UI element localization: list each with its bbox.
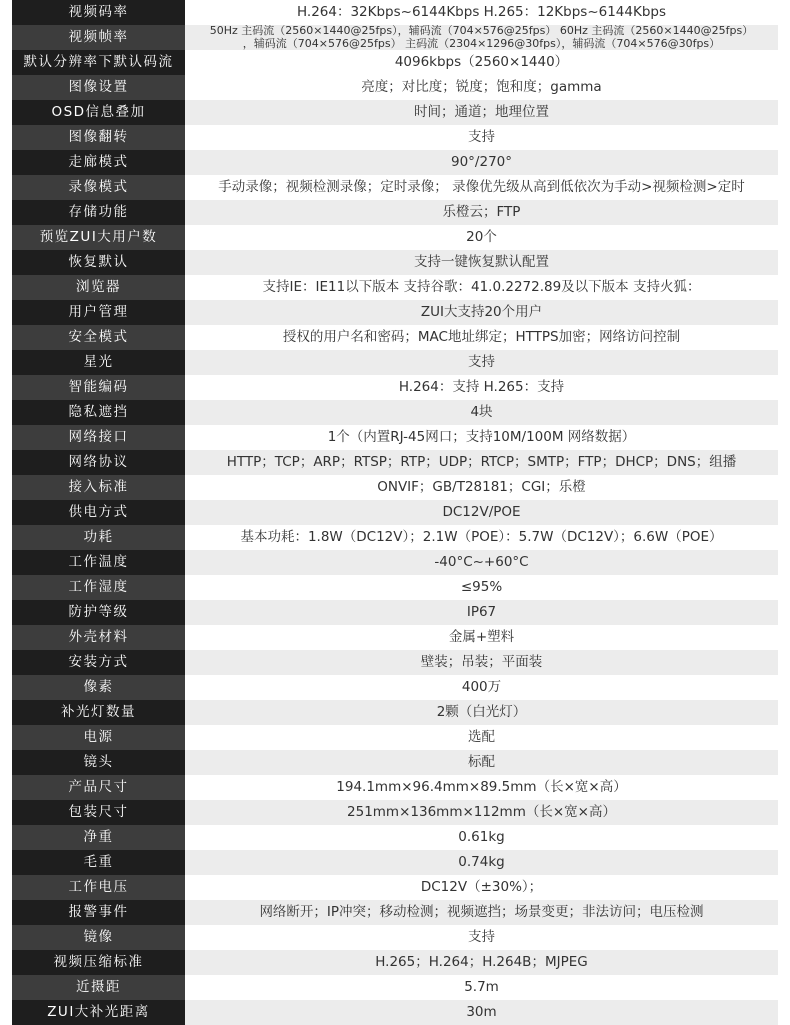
spec-label: 视频帧率: [12, 25, 185, 50]
spec-label: 走廊模式: [12, 150, 185, 175]
spec-value: 选配: [185, 725, 778, 750]
spec-label: 网络协议: [12, 450, 185, 475]
spec-label: 视频压缩标准: [12, 950, 185, 975]
spec-label: 外壳材料: [12, 625, 185, 650]
spec-value: H.265；H.264；H.264B；MJPEG: [185, 950, 778, 975]
spec-row: 图像设置 亮度；对比度；锐度；饱和度；gamma: [12, 75, 778, 100]
spec-value: DC12V/POE: [185, 500, 778, 525]
spec-row: 恢复默认 支持一键恢复默认配置: [12, 250, 778, 275]
spec-label: 工作电压: [12, 875, 185, 900]
spec-value: 400万: [185, 675, 778, 700]
spec-value: 支持一键恢复默认配置: [185, 250, 778, 275]
spec-value: 支持: [185, 125, 778, 150]
spec-row: 报警事件 网络断开；IP冲突；移动检测；视频遮挡；场景变更；非法访问；电压检测: [12, 900, 778, 925]
spec-row: 接入标准 ONVIF；GB/T28181；CGI；乐橙: [12, 475, 778, 500]
spec-label: 网络接口: [12, 425, 185, 450]
spec-row: 浏览器 支持IE：IE11以下版本 支持谷歌：41.0.2272.89及以下版本…: [12, 275, 778, 300]
spec-label: OSD信息叠加: [12, 100, 185, 125]
spec-value: 4块: [185, 400, 778, 425]
spec-value: 251mm×136mm×112mm（长×宽×高）: [185, 800, 778, 825]
spec-row: 包装尺寸 251mm×136mm×112mm（长×宽×高）: [12, 800, 778, 825]
spec-row: 网络接口 1个（内置RJ-45网口；支持10M/100M 网络数据）: [12, 425, 778, 450]
spec-value: 0.61kg: [185, 825, 778, 850]
spec-label: 存储功能: [12, 200, 185, 225]
spec-label: ZUI大补光距离: [12, 1000, 185, 1025]
spec-label: 默认分辨率下默认码流: [12, 50, 185, 75]
spec-label: 功耗: [12, 525, 185, 550]
spec-value: HTTP；TCP；ARP；RTSP；RTP；UDP；RTCP；SMTP；FTP；…: [185, 450, 778, 475]
spec-row: 视频压缩标准 H.265；H.264；H.264B；MJPEG: [12, 950, 778, 975]
spec-row: 安全模式 授权的用户名和密码；MAC地址绑定；HTTPS加密；网络访问控制: [12, 325, 778, 350]
spec-value: 90°/270°: [185, 150, 778, 175]
spec-label: 报警事件: [12, 900, 185, 925]
spec-value: 5.7m: [185, 975, 778, 1000]
spec-row: 隐私遮挡 4块: [12, 400, 778, 425]
spec-label: 毛重: [12, 850, 185, 875]
spec-value: 支持: [185, 350, 778, 375]
spec-label: 工作湿度: [12, 575, 185, 600]
spec-row: 工作湿度 ≤95%: [12, 575, 778, 600]
spec-value: ONVIF；GB/T28181；CGI；乐橙: [185, 475, 778, 500]
spec-value: 基本功耗：1.8W（DC12V）；2.1W（POE）：5.7W（DC12V）；6…: [185, 525, 778, 550]
spec-label: 镜头: [12, 750, 185, 775]
spec-row: 预览ZUI大用户数 20个: [12, 225, 778, 250]
spec-value: 时间；通道；地理位置: [185, 100, 778, 125]
spec-label: 预览ZUI大用户数: [12, 225, 185, 250]
spec-label: 安全模式: [12, 325, 185, 350]
spec-row: 录像模式 手动录像；视频检测录像；定时录像； 录像优先级从高到低依次为手动>视频…: [12, 175, 778, 200]
spec-row: 安装方式 壁装；吊装；平面装: [12, 650, 778, 675]
spec-label: 智能编码: [12, 375, 185, 400]
spec-row: 电源 选配: [12, 725, 778, 750]
spec-row: 供电方式 DC12V/POE: [12, 500, 778, 525]
spec-row: 网络协议 HTTP；TCP；ARP；RTSP；RTP；UDP；RTCP；SMTP…: [12, 450, 778, 475]
spec-row: 防护等级 IP67: [12, 600, 778, 625]
spec-label: 图像翻转: [12, 125, 185, 150]
spec-label: 产品尺寸: [12, 775, 185, 800]
spec-label: 防护等级: [12, 600, 185, 625]
spec-value: 50Hz 主码流（2560×1440@25fps），辅码流（704×576@25…: [185, 25, 778, 50]
spec-row: 像素 400万: [12, 675, 778, 700]
spec-label: 供电方式: [12, 500, 185, 525]
spec-label: 浏览器: [12, 275, 185, 300]
spec-row: 走廊模式 90°/270°: [12, 150, 778, 175]
spec-label: 录像模式: [12, 175, 185, 200]
spec-row: 视频码率 H.264：32Kbps~6144Kbps H.265：12Kbps~…: [12, 0, 778, 25]
spec-label: 近摄距: [12, 975, 185, 1000]
spec-value: 授权的用户名和密码；MAC地址绑定；HTTPS加密；网络访问控制: [185, 325, 778, 350]
spec-value: H.264：32Kbps~6144Kbps H.265：12Kbps~6144K…: [185, 0, 778, 25]
spec-value: 20个: [185, 225, 778, 250]
spec-label: 像素: [12, 675, 185, 700]
spec-row: 存储功能 乐橙云；FTP: [12, 200, 778, 225]
spec-label: 镜像: [12, 925, 185, 950]
spec-row: 默认分辨率下默认码流 4096kbps（2560×1440）: [12, 50, 778, 75]
spec-label: 安装方式: [12, 650, 185, 675]
spec-row: 产品尺寸 194.1mm×96.4mm×89.5mm（长×宽×高）: [12, 775, 778, 800]
spec-value: 1个（内置RJ-45网口；支持10M/100M 网络数据）: [185, 425, 778, 450]
spec-value: 金属+塑料: [185, 625, 778, 650]
spec-label: 视频码率: [12, 0, 185, 25]
spec-row: 净重 0.61kg: [12, 825, 778, 850]
spec-row: 工作电压 DC12V（±30%）；: [12, 875, 778, 900]
spec-label: 用户管理: [12, 300, 185, 325]
spec-value: 壁装；吊装；平面装: [185, 650, 778, 675]
spec-row: 工作温度 -40°C~+60°C: [12, 550, 778, 575]
spec-row: 功耗 基本功耗：1.8W（DC12V）；2.1W（POE）：5.7W（DC12V…: [12, 525, 778, 550]
spec-row: 毛重 0.74kg: [12, 850, 778, 875]
spec-table: 视频码率 H.264：32Kbps~6144Kbps H.265：12Kbps~…: [12, 0, 778, 1025]
spec-value: 0.74kg: [185, 850, 778, 875]
spec-label: 图像设置: [12, 75, 185, 100]
spec-value: 2颗（白光灯）: [185, 700, 778, 725]
spec-label: 恢复默认: [12, 250, 185, 275]
spec-value: 标配: [185, 750, 778, 775]
spec-row: 星光 支持: [12, 350, 778, 375]
spec-row: 外壳材料 金属+塑料: [12, 625, 778, 650]
spec-label: 补光灯数量: [12, 700, 185, 725]
spec-row: OSD信息叠加 时间；通道；地理位置: [12, 100, 778, 125]
spec-label: 工作温度: [12, 550, 185, 575]
spec-label: 包装尺寸: [12, 800, 185, 825]
spec-row: 补光灯数量 2颗（白光灯）: [12, 700, 778, 725]
spec-value: H.264：支持 H.265：支持: [185, 375, 778, 400]
spec-value: IP67: [185, 600, 778, 625]
spec-value: 网络断开；IP冲突；移动检测；视频遮挡；场景变更；非法访问；电压检测: [185, 900, 778, 925]
spec-value: ZUI大支持20个用户: [185, 300, 778, 325]
spec-value: 4096kbps（2560×1440）: [185, 50, 778, 75]
spec-value: 亮度；对比度；锐度；饱和度；gamma: [185, 75, 778, 100]
spec-row: 镜头 标配: [12, 750, 778, 775]
spec-value: -40°C~+60°C: [185, 550, 778, 575]
spec-row: 视频帧率 50Hz 主码流（2560×1440@25fps），辅码流（704×5…: [12, 25, 778, 50]
spec-row: 智能编码 H.264：支持 H.265：支持: [12, 375, 778, 400]
spec-label: 电源: [12, 725, 185, 750]
spec-row: 近摄距 5.7m: [12, 975, 778, 1000]
spec-label: 隐私遮挡: [12, 400, 185, 425]
spec-row: ZUI大补光距离 30m: [12, 1000, 778, 1025]
spec-value: 乐橙云；FTP: [185, 200, 778, 225]
spec-row: 镜像 支持: [12, 925, 778, 950]
spec-value: 手动录像；视频检测录像；定时录像； 录像优先级从高到低依次为手动>视频检测>定时: [185, 175, 778, 200]
spec-value: 30m: [185, 1000, 778, 1025]
spec-row: 图像翻转 支持: [12, 125, 778, 150]
spec-label: 接入标准: [12, 475, 185, 500]
spec-label: 星光: [12, 350, 185, 375]
spec-value: DC12V（±30%）；: [185, 875, 778, 900]
spec-row: 用户管理 ZUI大支持20个用户: [12, 300, 778, 325]
spec-value: ≤95%: [185, 575, 778, 600]
spec-value: 支持: [185, 925, 778, 950]
spec-label: 净重: [12, 825, 185, 850]
spec-value: 支持IE：IE11以下版本 支持谷歌：41.0.2272.89及以下版本 支持火…: [185, 275, 778, 300]
spec-value: 194.1mm×96.4mm×89.5mm（长×宽×高）: [185, 775, 778, 800]
